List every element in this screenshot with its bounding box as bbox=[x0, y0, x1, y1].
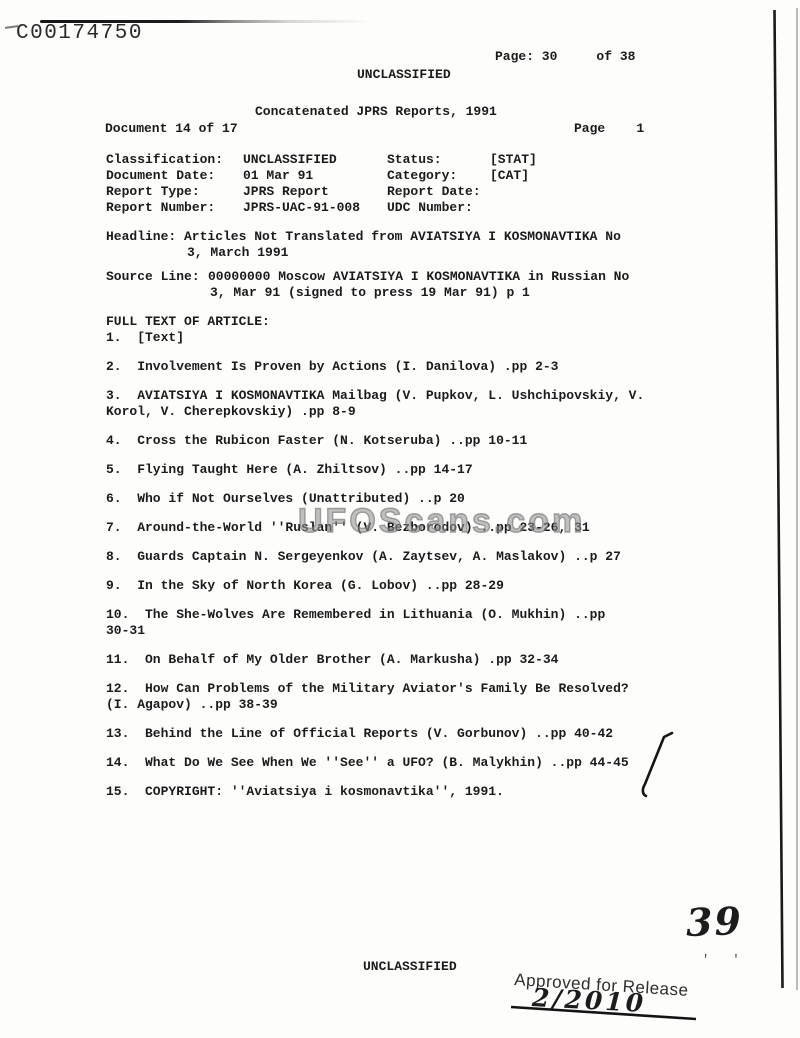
source-line-text-line1: 00000000 Moscow AVIATSIYA I KOSMONAVTIKA… bbox=[208, 269, 629, 285]
ufoscans-watermark: UFOScans.com bbox=[298, 502, 585, 541]
headline-text-line1: Articles Not Translated from AVIATSIYA I… bbox=[184, 229, 621, 245]
field-value: JPRS Report bbox=[243, 184, 329, 200]
scanned-document-page: C00174750 Page: 30 of 38 UNCLASSIFIED Co… bbox=[0, 0, 800, 1038]
classification-banner-bottom: UNCLASSIFIED bbox=[363, 959, 457, 975]
article-item-5: 5. Flying Taught Here (A. Zhiltsov) ..pp… bbox=[106, 462, 666, 478]
handwritten-release-date: 2/2010 bbox=[531, 983, 646, 1018]
headline-label: Headline: bbox=[106, 229, 176, 245]
article-item-15: 15. COPYRIGHT: ''Aviatsiya i kosmonavtik… bbox=[106, 784, 666, 800]
article-item-1: 1. [Text] bbox=[106, 330, 666, 346]
document-id-stamp: C00174750 bbox=[16, 22, 143, 45]
article-item-9: 9. In the Sky of North Korea (G. Lobov) … bbox=[106, 578, 666, 594]
field-value: [STAT] bbox=[490, 152, 537, 168]
metadata-row-report-number: Report Number: JPRS-UAC-91-008 UDC Numbe… bbox=[106, 200, 666, 216]
field-label: Status: bbox=[387, 152, 442, 168]
document-indicator: Document 14 of 17 bbox=[105, 121, 238, 137]
page-number-label: Page 1 bbox=[574, 121, 644, 137]
article-item-10: 10. The She-Wolves Are Remembered in Lit… bbox=[106, 607, 666, 639]
field-label: Report Type: bbox=[106, 184, 200, 200]
field-label: Document Date: bbox=[106, 168, 215, 184]
article-item-13: 13. Behind the Line of Official Reports … bbox=[106, 726, 666, 742]
scan-vertical-line bbox=[775, 10, 783, 988]
field-label: UDC Number: bbox=[387, 200, 473, 216]
metadata-row-report-type: Report Type: JPRS Report Report Date: bbox=[106, 184, 666, 200]
classification-banner-top: UNCLASSIFIED bbox=[357, 67, 451, 83]
full-text-heading: FULL TEXT OF ARTICLE: bbox=[106, 314, 270, 330]
field-label: Category: bbox=[387, 168, 457, 184]
headline-text-line2: 3, March 1991 bbox=[187, 245, 288, 261]
field-label: Report Date: bbox=[387, 184, 481, 200]
metadata-row-document-date: Document Date: 01 Mar 91 Category: [CAT] bbox=[106, 168, 666, 184]
field-label: Classification: bbox=[106, 152, 223, 168]
pen-tick-marks: ′ ′ bbox=[702, 953, 748, 967]
field-label: Report Number: bbox=[106, 200, 215, 216]
source-line-label: Source Line: bbox=[106, 269, 200, 285]
article-item-3: 3. AVIATSIYA I KOSMONAVTIKA Mailbag (V. … bbox=[106, 388, 666, 420]
article-item-4: 4. Cross the Rubicon Faster (N. Kotserub… bbox=[106, 433, 666, 449]
article-item-2: 2. Involvement Is Proven by Actions (I. … bbox=[106, 359, 666, 375]
page-indicator: Page: 30 of 38 bbox=[495, 49, 635, 65]
article-item-list: 1. [Text] 2. Involvement Is Proven by Ac… bbox=[106, 330, 666, 813]
handwritten-page-number: 39 bbox=[685, 898, 743, 945]
article-item-11: 11. On Behalf of My Older Brother (A. Ma… bbox=[106, 652, 666, 668]
metadata-table: Classification: UNCLASSIFIED Status: [ST… bbox=[106, 152, 666, 216]
article-item-8: 8. Guards Captain N. Sergeyenkov (A. Zay… bbox=[106, 549, 666, 565]
metadata-row-classification: Classification: UNCLASSIFIED Status: [ST… bbox=[106, 152, 666, 168]
field-value: [CAT] bbox=[490, 168, 529, 184]
article-item-14: 14. What Do We See When We ''See'' a UFO… bbox=[106, 755, 666, 771]
field-value: JPRS-UAC-91-008 bbox=[243, 200, 360, 216]
article-item-12: 12. How Can Problems of the Military Avi… bbox=[106, 681, 666, 713]
report-title: Concatenated JPRS Reports, 1991 bbox=[255, 104, 497, 120]
source-line-text-line2: 3, Mar 91 (signed to press 19 Mar 91) p … bbox=[210, 285, 530, 301]
field-value: 01 Mar 91 bbox=[243, 168, 313, 184]
field-value: UNCLASSIFIED bbox=[243, 152, 337, 168]
